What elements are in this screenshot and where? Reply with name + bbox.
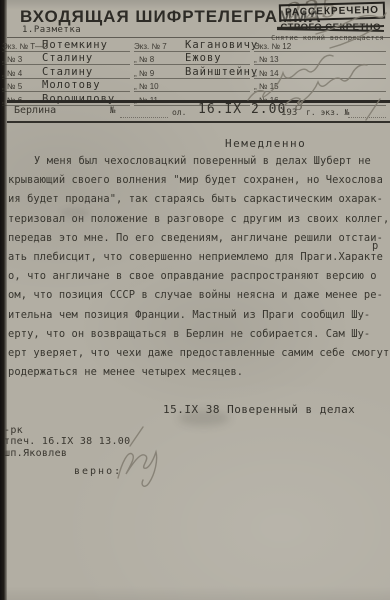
addressee-name: Сталину (42, 52, 93, 64)
footer-mark: -рк (4, 425, 23, 436)
copy-number: „ № 5 (2, 82, 42, 91)
meta-bottom-rule (7, 121, 390, 123)
addressee-name: Ворошилову (42, 93, 115, 105)
copy-number: Экз. № 7 (134, 42, 185, 51)
handwritten-signature (118, 452, 157, 486)
distribution-row: Экз. № Т—2 Потемкину (2, 38, 130, 52)
copy-number: Экз. № Т—2 (2, 42, 42, 51)
received-datetime: 16.IX 2.00 (198, 102, 286, 117)
body-line: ия будет продана", так стараясь быть сар… (8, 190, 388, 209)
copy-number: „ № 14 (254, 69, 314, 78)
body-line: ерту, что он возвращаться в Берлин не со… (8, 325, 388, 344)
copy-number: „ № 4 (2, 69, 42, 78)
distribution-column-1: Экз. № Т—2 Потемкину „ № 3 Сталину „ № 4… (2, 38, 130, 101)
handwritten-slash-footer (130, 427, 143, 446)
copy-number: „ № 15 (254, 82, 314, 91)
top-secret-struck-label: СТРОГО СЕКРЕТНО (280, 22, 381, 33)
distribution-row: „ № 9 Вайнштейну (134, 65, 250, 79)
distribution-column-3: Экз. № 12 „ № 13 „ № 14 „ № 15 „ № 16 (254, 38, 386, 101)
distribution-row: „ № 14 (254, 65, 386, 79)
copy-number: „ № 9 (134, 69, 185, 78)
body-line: ерт уверяет, что чехи даже предоставленн… (8, 344, 388, 363)
blank-dotted-line (348, 117, 386, 118)
copy-number: „ № 10 (134, 82, 185, 91)
handwritten-year-digit: 8 (294, 99, 304, 115)
telegram-number-label: № (110, 106, 115, 116)
telegram-body: У меня был чехословацкий поверенный в де… (8, 152, 388, 382)
distribution-row: „ № 5 Молотову (2, 79, 130, 93)
certified-true-label: верно: (74, 466, 122, 477)
declassified-stamp: РАССЕКРЕЧЕНО (279, 2, 385, 22)
distribution-row: „ № 3 Сталину (2, 52, 130, 66)
addressee-name: Ежову (185, 52, 222, 64)
distribution-row: „ № 15 (254, 79, 386, 93)
words-count-label: ол. (172, 108, 186, 117)
body-line: ом, что позиция СССР в случае войны неяс… (8, 286, 388, 305)
addressee-name: Молотову (42, 79, 101, 91)
document-title: ВХОДЯЩАЯ ШИФРТЕЛЕГРАММА (20, 7, 322, 27)
copy-number-label: г. экз. № (306, 108, 349, 117)
distribution-row: Экз. № 12 (254, 38, 386, 52)
signoff-line: 15.IX 38 Поверенный в делах (163, 403, 355, 416)
copy-number: „ № 8 (134, 55, 185, 64)
distribution-row: „ № 8 Ежову (134, 52, 250, 66)
body-line: крывающий своего волнения "мир будет сох… (8, 171, 388, 190)
body-line: ительна чем позиция Франции. Мастный из … (8, 306, 388, 325)
body-line: передав это мне. По его сведениям, англи… (8, 229, 388, 248)
body-line: ать плебисцит, что совершенно неприемлем… (8, 248, 388, 267)
copy-number: „ № 3 (2, 55, 42, 64)
distribution-row: „ № 13 (254, 52, 386, 66)
distribution-row: „ № 10 (134, 79, 250, 93)
typed-date-note: тпеч. 16.IX 38 13.00 (4, 436, 130, 447)
distribution-row: Экз. № 7 Кагановичу (134, 38, 250, 52)
distribution-column-2: Экз. № 7 Кагановичу „ № 8 Ежову „ № 9 Ва… (134, 38, 250, 101)
body-line: У меня был чехословацкий поверенный в де… (8, 152, 388, 171)
blank-dotted-line (120, 117, 168, 118)
body-line: родержаться не менее четырех месяцев. (8, 363, 388, 382)
body-line: теризовал он положение в разговоре с дру… (8, 210, 388, 229)
copy-number: Экз. № 12 (254, 42, 314, 51)
addressee-name: Сталину (42, 66, 93, 78)
copy-number: „ № 13 (254, 55, 314, 64)
decipher-clerk-name: шп.Яковлев (4, 448, 67, 459)
addressee-name: Вайнштейну (185, 66, 258, 78)
body-line: о, что англичане в свое оправдание распр… (8, 267, 388, 286)
typed-correction-superscript: р (372, 240, 378, 252)
distribution-row: „ № 4 Сталину (2, 65, 130, 79)
scanned-telegram-page: ВХОДЯЩАЯ ШИФРТЕЛЕГРАММА 1.Разметка 225 Р… (0, 0, 390, 600)
markup-label: 1.Разметка (22, 25, 81, 35)
urgency-label: Немедленно (225, 137, 306, 150)
addressee-name: Кагановичу (185, 39, 258, 51)
origin-city: Берлина (14, 105, 56, 116)
addressee-name: Потемкину (42, 39, 108, 51)
